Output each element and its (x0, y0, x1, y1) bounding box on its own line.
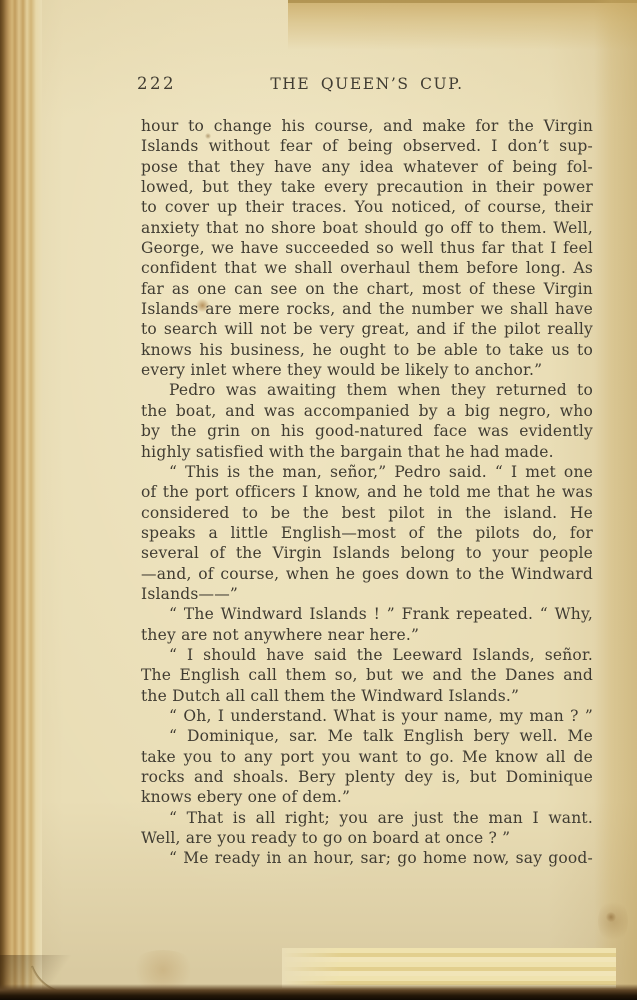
text-line: Islands——” (141, 584, 593, 604)
text-line: —and, of course, when he goes down to th… (141, 564, 593, 584)
text-line: “ Oh, I understand. What is your name, m… (141, 706, 593, 726)
running-title: THE QUEEN’S CUP. (141, 75, 593, 93)
text-line: of the port officers I know, and he told… (141, 482, 593, 502)
text-line: highly satisfied with the bargain that h… (141, 442, 593, 462)
text-line: “ The Windward Islands ! ” Frank repeate… (141, 604, 593, 624)
text-line: George, we have succeeded so well thus f… (141, 238, 593, 258)
page-edge-right (594, 0, 637, 1000)
text-line: hour to change his course, and make for … (141, 116, 593, 136)
text-line: “ Me ready in an hour, sar; go home now,… (141, 848, 593, 868)
book-binding-page-stack (0, 0, 42, 1000)
text-line: “ This is the man, señor,” Pedro said. “… (141, 462, 593, 482)
page-header: 222 THE QUEEN’S CUP. (141, 74, 593, 96)
page-edge-top-line (288, 0, 637, 3)
text-line: they are not anywhere near here.” (141, 625, 593, 645)
text-line: rocks and shoals. Bery plenty dey is, bu… (141, 767, 593, 787)
text-line: knows his business, he ought to be able … (141, 340, 593, 360)
text-line: take you to any port you want to go. Me … (141, 747, 593, 767)
text-line: “ That is all right; you are just the ma… (141, 808, 593, 828)
text-line: by the grin on his good-natured face was… (141, 421, 593, 441)
text-line: considered to be the best pilot in the i… (141, 503, 593, 523)
text-line: the boat, and was accompanied by a big n… (141, 401, 593, 421)
text-line: Islands are mere rocks, and the number w… (141, 299, 593, 319)
text-line: to cover up their traces. You noticed, o… (141, 197, 593, 217)
text-line: Well, are you ready to go on board at on… (141, 828, 593, 848)
page-edge-top (288, 0, 637, 50)
text-line: anxiety that no shore boat should go off… (141, 218, 593, 238)
text-line: lowed, but they take every precaution in… (141, 177, 593, 197)
text-line: speaks a little English—most of the pilo… (141, 523, 593, 543)
text-line: “ Dominique, sar. Me talk English bery w… (141, 726, 593, 746)
book-shadow-bottom (0, 984, 637, 1000)
text-line: “ I should have said the Leeward Islands… (141, 645, 593, 665)
text-line: the Dutch all call them the Windward Isl… (141, 686, 593, 706)
text-body: hour to change his course, and make for … (141, 116, 593, 869)
text-line: every inlet where they would be likely t… (141, 360, 593, 380)
text-line: Pedro was awaiting them when they return… (141, 380, 593, 400)
page-edges-bottom (282, 948, 616, 988)
text-line: knows ebery one of dem.” (141, 787, 593, 807)
text-line: several of the Virgin Islands belong to … (141, 543, 593, 563)
text-line: pose that they have any idea whatever of… (141, 157, 593, 177)
text-line: confident that we shall overhaul them be… (141, 258, 593, 278)
text-line: Islands without fear of being observed. … (141, 136, 593, 156)
text-line: The English call them so, but we and the… (141, 665, 593, 685)
text-line: far as one can see on the chart, most of… (141, 279, 593, 299)
book-page: 222 THE QUEEN’S CUP. hour to change his … (0, 0, 637, 1000)
text-line: to search will not be very great, and if… (141, 319, 593, 339)
